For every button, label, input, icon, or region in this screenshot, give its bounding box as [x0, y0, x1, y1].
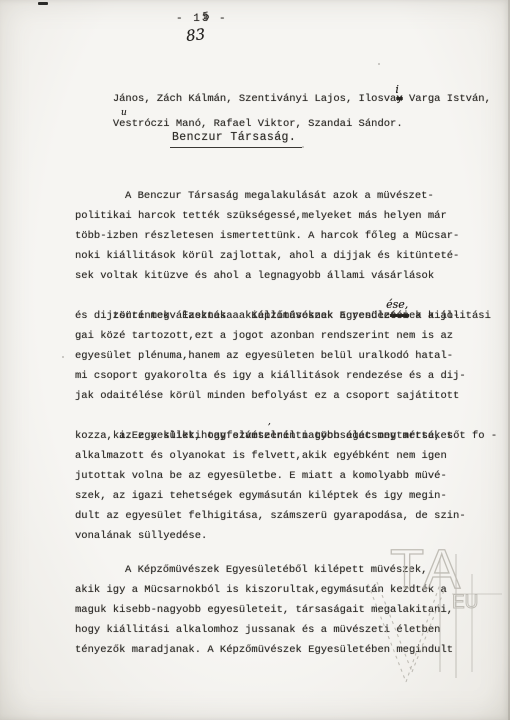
page-number-handwritten: 83	[185, 25, 206, 45]
text-line: noki kiállitások körül zajlottak, ahol a…	[75, 246, 497, 266]
text-line: A Benczur Társaság megalakulását azok a …	[75, 186, 497, 206]
paper-speck	[302, 146, 304, 148]
text-line: kozza, az egyesületi tagfelvételnél nagy…	[75, 426, 497, 446]
text-line: A Képzőmüvészek Egyesületéből kilépett m…	[75, 560, 453, 580]
text-line: vonalának süllyedése.	[75, 526, 497, 546]
text-line: mi csoport gyakorolta és igy a kiállitás…	[75, 366, 497, 386]
text-line: ki.Ez a klikk,hogy számszerinti többségé…	[75, 406, 497, 426]
handwritten-mark: u	[121, 101, 127, 126]
page-number-overstrike: 35	[202, 13, 211, 25]
paragraph-2: A Képzőmüvészek Egyesületéből kilépett m…	[75, 560, 453, 660]
names-line-2: Vestróczi Manó, Rafael Viktor, Szandai S…	[75, 87, 491, 112]
text-line: hogy kiállitási alkalomhoz jussanak és a…	[75, 620, 453, 640]
page-number-typed: - 135 -	[176, 13, 228, 25]
text-line: tényezők maradjanak. A Képzőmüvészek Egy…	[75, 640, 453, 660]
text-line-with-correction: történtek. Ezeknek a kiállitásoknak a re…	[75, 286, 497, 306]
names-line-1: János, Zách Kálmán, Szentiványi Lajos, I…	[75, 62, 491, 87]
text-line: maguk kisebb-nagyobb egyesületeit, társa…	[75, 600, 453, 620]
text-line: sek voltak kitüzve és ahol a legnagyobb …	[75, 266, 497, 286]
text-line: több-izben részletesen ismertettünk. A h…	[75, 226, 497, 246]
watermark-letters-small: EU	[452, 592, 478, 613]
scan-artifact-mark	[38, 2, 48, 5]
text-line: politikai harcok tették szükségessé,mely…	[75, 206, 497, 226]
text-line: alkalmazott és olyanokat is felvett,akik…	[75, 446, 497, 466]
text-line: és dijzsüri megválasztása a Képzőmüvésze…	[75, 306, 497, 326]
text-line: gai közé tartozott,ezt a jogot azonban r…	[75, 326, 497, 346]
names-list: János, Zách Kálmán, Szentiványi Lajos, I…	[75, 62, 491, 112]
text-line: szek, az igazi tehetségek egymásután kil…	[75, 486, 497, 506]
text-line: akik igy a Mücsarnokból is kiszorultak,e…	[75, 580, 453, 600]
text-line: egyesület plénuma,hanem az egyesületen b…	[75, 346, 497, 366]
text-line: dult az egyesület felhigitása, számszerü…	[75, 506, 497, 526]
text-line: jutottak volna be az egyesületbe. E miat…	[75, 466, 497, 486]
paper-speck	[62, 356, 64, 358]
paragraph-1: A Benczur Társaság megalakulását azok a …	[75, 186, 497, 546]
page-number-prefix: - 1	[176, 13, 202, 25]
document-page: - 135 - 83 János, Zách Kálmán, Szentiván…	[0, 0, 510, 720]
text-line: jak odaitélése körül minden befolyást ez…	[75, 386, 497, 406]
section-heading: Benczur Társaság.	[170, 131, 302, 148]
